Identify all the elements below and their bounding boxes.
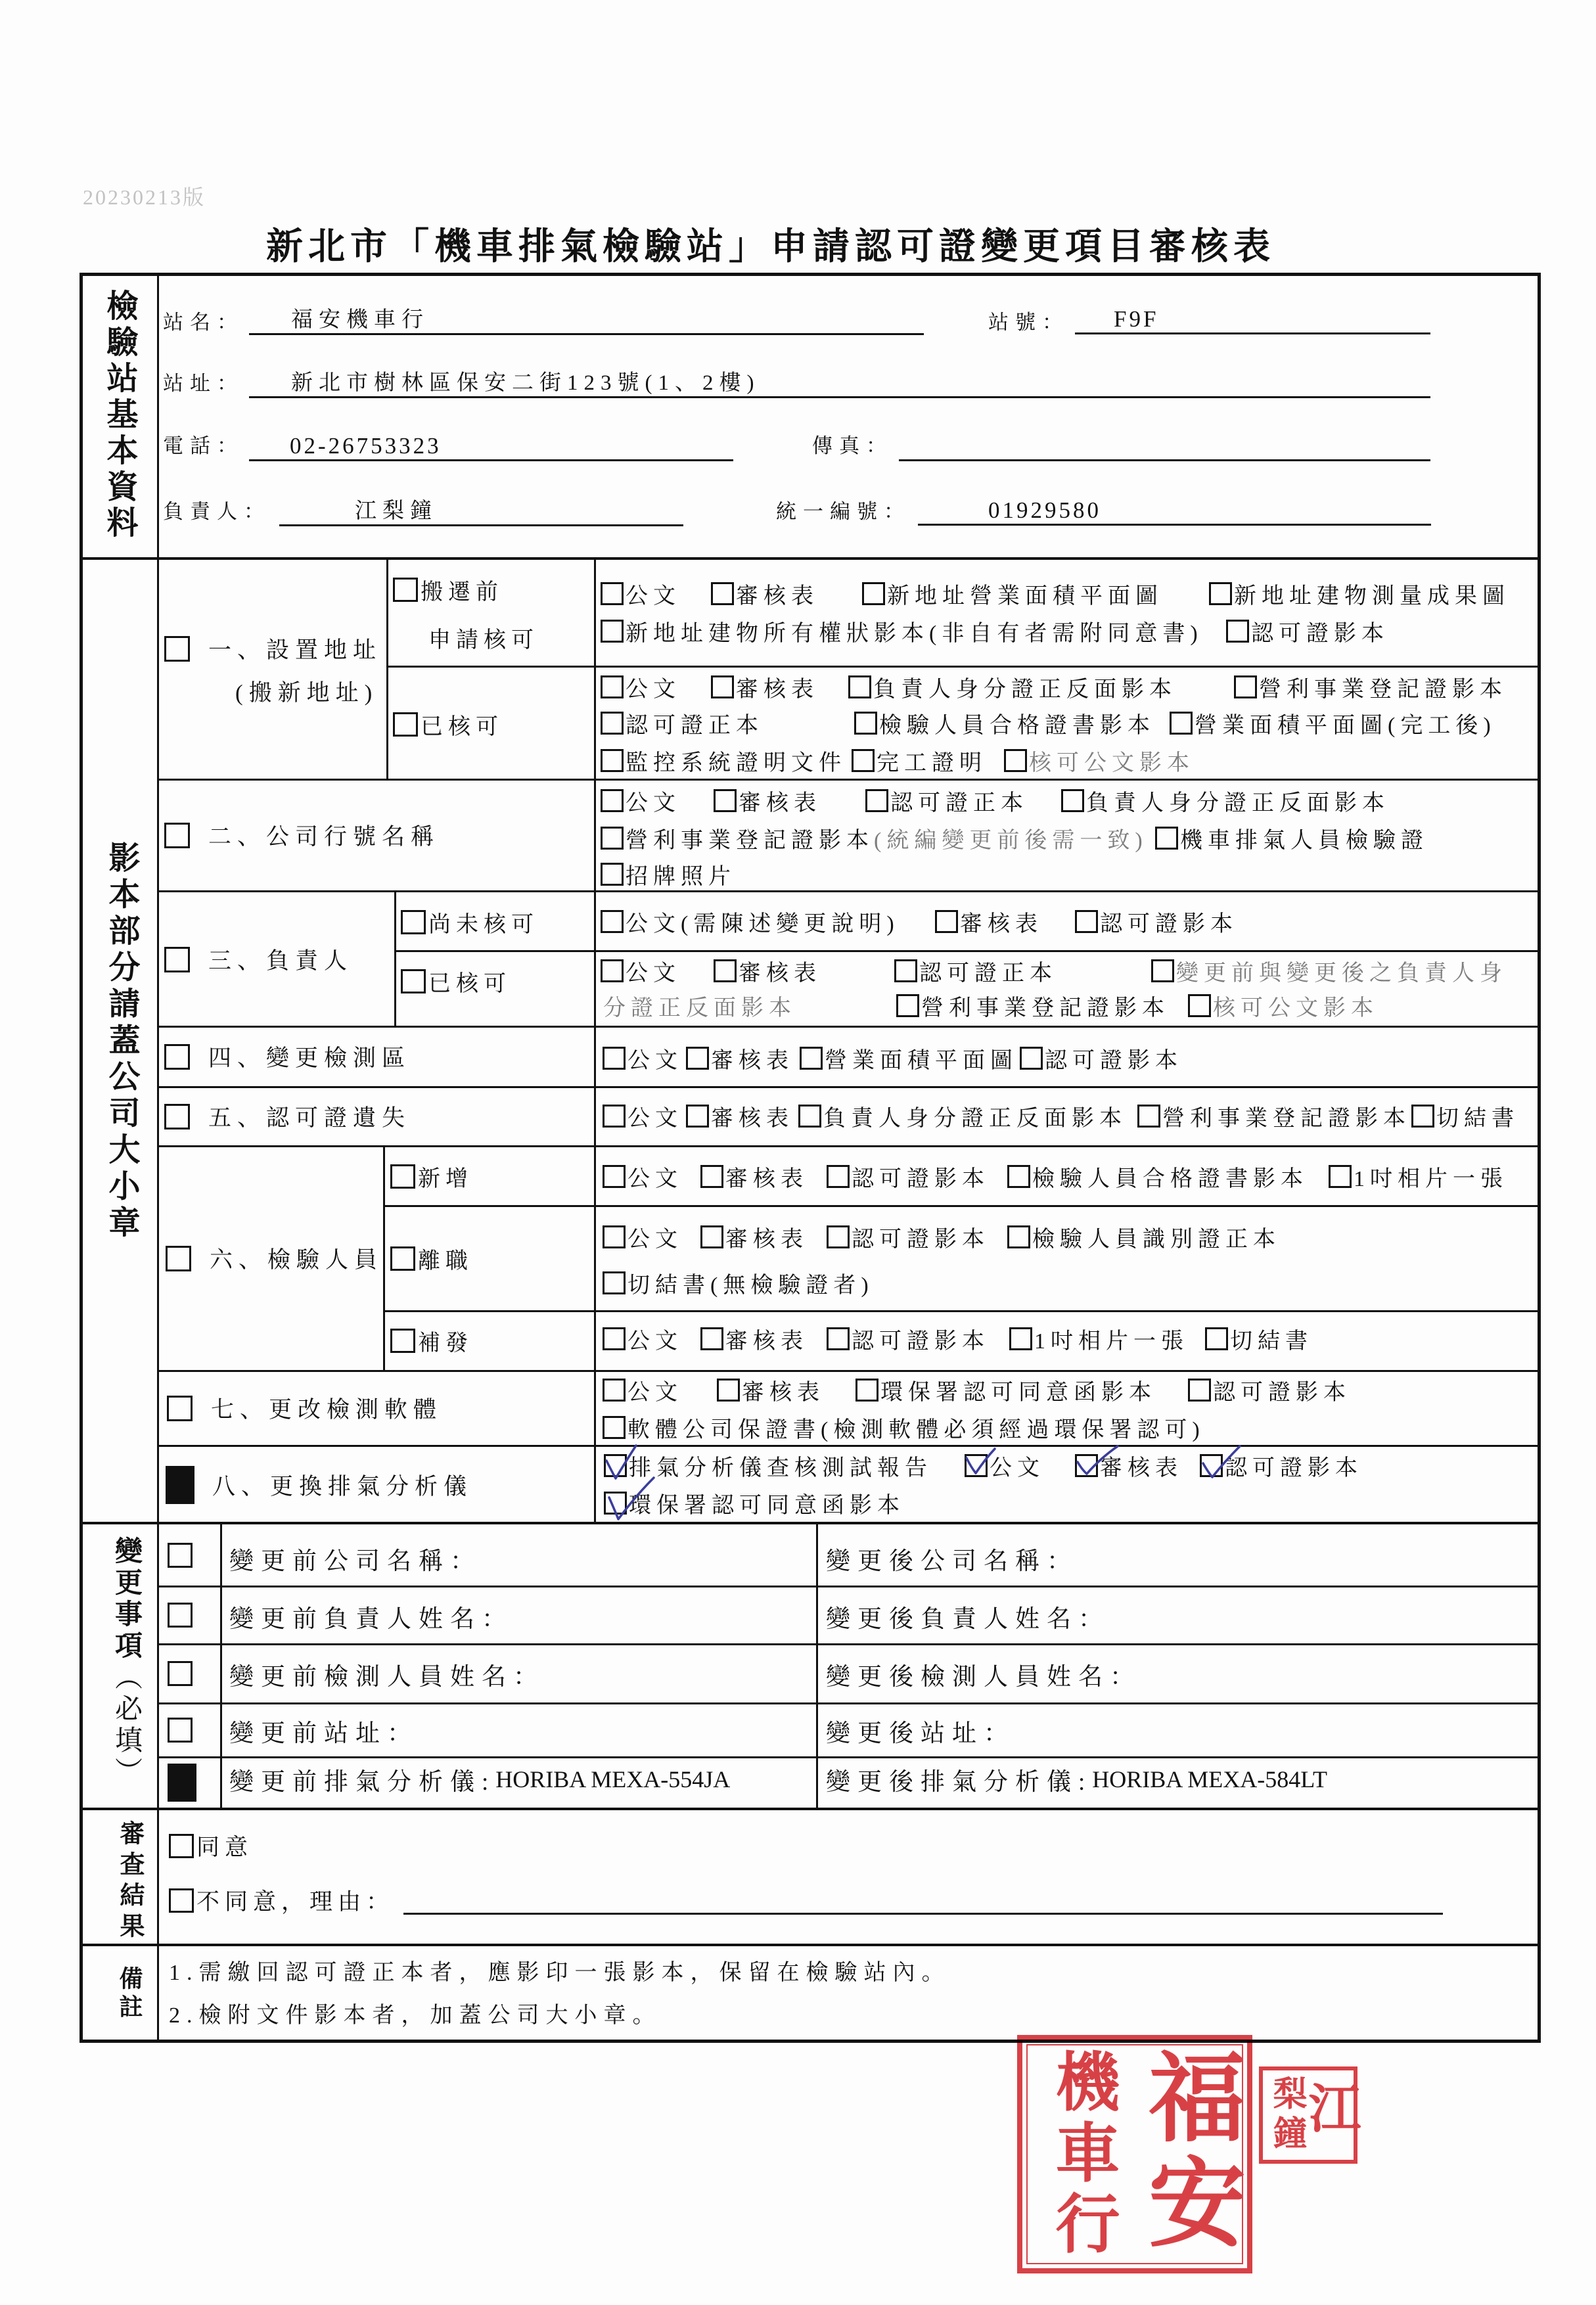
item-label: 認可證影本 — [852, 1160, 990, 1193]
checkbox[interactable] — [1151, 959, 1174, 982]
doc-item[interactable]: 認可證正本 — [894, 957, 1057, 984]
item-label: 負責人身分證正反面影本 — [873, 671, 1177, 703]
checkbox[interactable] — [896, 994, 919, 1017]
doc-item[interactable]: 切結書 — [1411, 1103, 1519, 1129]
change-analyzer-checkbox-checked[interactable] — [168, 1764, 196, 1802]
checkbox[interactable] — [601, 712, 624, 735]
doc-item[interactable]: 公文 — [601, 580, 681, 606]
checkbox[interactable] — [401, 910, 426, 934]
checkbox[interactable] — [1226, 620, 1249, 643]
checkbox[interactable] — [601, 863, 624, 886]
checkbox[interactable] — [686, 1105, 709, 1128]
section-label-changes-note: （必填） — [111, 1662, 141, 1789]
checkbox[interactable] — [601, 675, 624, 698]
checkbox[interactable] — [865, 789, 888, 812]
item-label: 1吋相片一張 — [1034, 1323, 1189, 1355]
before-company-name[interactable]: 變更前公司名稱： — [229, 1545, 482, 1572]
fax-field[interactable] — [899, 433, 1430, 461]
checkbox[interactable] — [166, 1246, 191, 1271]
checkbox[interactable] — [169, 1834, 194, 1858]
item-label: 認可證正本 — [890, 785, 1028, 817]
sub-resign[interactable]: 離職 — [390, 1245, 473, 1271]
checkbox[interactable] — [827, 1165, 850, 1188]
doc-item[interactable]: 認可證影本 — [827, 1163, 990, 1189]
checkbox[interactable] — [1137, 1105, 1160, 1128]
doc-item[interactable]: 核可公文影本 — [1004, 747, 1195, 773]
doc-item[interactable]: 營利事業登記證影本 — [1234, 673, 1507, 700]
option-label: 不同意，理由： — [196, 1884, 394, 1917]
doc-item[interactable]: 變更前與變更後之負責人身 — [1151, 957, 1507, 984]
item-label: 營業面積平面圖 — [825, 1042, 1018, 1074]
doc-item[interactable]: 1吋相片一張 — [1329, 1163, 1508, 1189]
sub-label: 已核可 — [428, 965, 511, 997]
station-code-value: F9F — [1114, 306, 1158, 332]
row-replace-analyzer[interactable]: 八、更換排氣分析儀 — [166, 1465, 472, 1505]
divider — [158, 779, 1541, 781]
after-analyzer[interactable]: 變更後排氣分析儀:HORIBA MEXA-584LT — [826, 1766, 1327, 1792]
doc-item[interactable]: 監控系統證明文件 — [601, 747, 846, 773]
item-label: 審核表 — [736, 671, 819, 703]
phone-field[interactable]: 02-26753323 — [249, 433, 733, 461]
item-label: 審核表 — [711, 1100, 794, 1132]
owner-field[interactable]: 江梨鐘 — [279, 498, 683, 526]
divider — [158, 1145, 1541, 1147]
checkbox[interactable] — [852, 749, 875, 772]
item-label: 審核表 — [725, 1323, 808, 1355]
change-address-checkbox[interactable] — [168, 1718, 193, 1743]
doc-item[interactable]: 營利事業登記證影本(統編變更前後需一致) — [601, 825, 1148, 851]
checkbox[interactable] — [714, 959, 737, 982]
checkbox[interactable] — [1188, 994, 1211, 1017]
item-label: 核可公文影本 — [1213, 990, 1379, 1022]
item-label: 公文 — [627, 1221, 683, 1253]
divider — [220, 1522, 222, 1808]
station-code-field[interactable]: F9F — [1075, 306, 1430, 334]
note-item: 1.需繳回認可證正本者，應影印一張影本，保留在檢驗站內。 — [169, 1960, 951, 1986]
sub-add[interactable]: 新增 — [390, 1163, 473, 1189]
doc-item[interactable]: 招牌照片 — [601, 861, 736, 887]
doc-item[interactable]: 公文 — [603, 1163, 683, 1189]
doc-item[interactable]: 審核表 — [714, 957, 821, 984]
address-label: 站址： — [163, 371, 244, 397]
row-license-lost[interactable]: 五、認可證遺失 — [164, 1097, 411, 1136]
checkbox[interactable] — [1234, 675, 1257, 698]
divider — [158, 1026, 1541, 1028]
page-title: 新北市「機車排氣檢驗站」申請認可證變更項目審核表 — [266, 225, 1275, 269]
checkbox[interactable] — [1329, 1165, 1352, 1188]
field-value: HORIBA MEXA-584LT — [1092, 1766, 1327, 1793]
checkbox[interactable] — [601, 749, 624, 772]
station-name-label: 站名： — [163, 309, 244, 336]
item-label: 審核表 — [736, 578, 819, 610]
address-field[interactable]: 新北市樹林區保安二街123號(1、2樓) — [249, 370, 1430, 398]
doc-item[interactable]: 認可證影本 — [827, 1223, 990, 1250]
company-seal-right-column: 福安 — [1135, 2047, 1241, 2257]
doc-item[interactable]: 審核表 — [935, 908, 1043, 934]
item-label: 切結書 — [1436, 1100, 1519, 1132]
doc-item[interactable]: 檢驗人員識別證正本 — [1007, 1223, 1281, 1250]
row-change-software[interactable]: 七、更改檢測軟體 — [167, 1388, 442, 1428]
row-label: 一、設置地址 — [208, 632, 382, 665]
checkbox[interactable] — [686, 1047, 709, 1070]
item-label: 監控系統證明文件 — [626, 744, 846, 777]
checkbox[interactable] — [798, 1105, 821, 1128]
item-label: 認可證影本 — [1213, 1374, 1351, 1406]
doc-item[interactable]: 新地址建物測量成果圖 — [1209, 580, 1510, 606]
checkbox[interactable] — [164, 1104, 190, 1130]
row-owner[interactable]: 三、負責人 — [164, 940, 353, 979]
checkbox[interactable] — [601, 582, 624, 605]
checkbox[interactable] — [827, 1225, 850, 1248]
checkbox[interactable] — [1209, 582, 1232, 605]
checkbox[interactable] — [603, 1416, 626, 1439]
doc-item[interactable]: 新地址建物所有權狀影本(非自有者需附同意書) — [601, 618, 1203, 644]
phone-value: 02-26753323 — [290, 433, 442, 459]
doc-item[interactable]: 認可證正本 — [601, 710, 764, 736]
section-label-copies: 影本部分請蓋公司大小章 — [101, 841, 141, 1248]
checkbox[interactable] — [601, 789, 624, 812]
checkbox[interactable] — [164, 823, 190, 848]
row-label: 四、變更檢測區 — [208, 1040, 411, 1073]
doc-item[interactable]: 公文 — [601, 787, 681, 813]
checkbox[interactable] — [717, 1379, 740, 1402]
doc-item[interactable]: 1吋相片一張 — [1009, 1325, 1189, 1352]
doc-item[interactable]: 認可證影本 — [1226, 618, 1389, 644]
doc-item[interactable]: 營業面積平面圖 — [800, 1045, 1018, 1071]
doc-item[interactable]: 新地址營業面積平面圖 — [862, 580, 1163, 606]
sub-label: 離職 — [418, 1243, 473, 1275]
item-label: 認可證影本 — [852, 1221, 990, 1253]
checkbox[interactable] — [700, 1225, 723, 1248]
row-change-test-area[interactable]: 四、變更檢測區 — [164, 1037, 411, 1076]
checkbox[interactable] — [1188, 1379, 1211, 1402]
field-label: 變更前站址： — [229, 1713, 419, 1748]
field-label: 變更前排氣分析儀: — [229, 1762, 495, 1797]
item-label: 審核表 — [742, 1374, 825, 1406]
checkbox[interactable] — [390, 1329, 415, 1353]
sub-not-approved[interactable]: 尚未核可 — [401, 909, 539, 935]
checkbox[interactable] — [1020, 1047, 1043, 1070]
doc-item[interactable]: 軟體公司保證書(檢測軟體必須經過環保署認可) — [603, 1414, 1205, 1440]
checkbox[interactable] — [1205, 1327, 1228, 1350]
doc-item[interactable]: 負責人身分證正反面影本 — [1061, 787, 1390, 813]
checkbox[interactable] — [601, 620, 624, 643]
checkbox[interactable] — [603, 1105, 626, 1128]
phone-label: 電話： — [163, 433, 244, 459]
doc-item[interactable]: 認可證影本 — [1188, 1377, 1351, 1403]
sub-approved[interactable]: 已核可 — [393, 711, 503, 737]
doc-item[interactable]: 公文(需陳述變更說明) — [601, 908, 900, 934]
doc-item[interactable]: 負責人身分證正反面影本 — [848, 673, 1177, 700]
sub-label: 已核可 — [421, 708, 503, 741]
checkbox[interactable] — [711, 675, 734, 698]
doc-item[interactable]: 公文 — [603, 1103, 683, 1129]
tax-id-field[interactable]: 01929580 — [918, 497, 1431, 526]
item-label: 機車排氣人員檢驗證 — [1180, 822, 1428, 854]
checkbox[interactable] — [700, 1165, 723, 1188]
doc-item[interactable]: 環保署認可同意函影本 — [855, 1377, 1156, 1403]
checkbox[interactable] — [390, 1164, 415, 1189]
item-label: 公文 — [626, 578, 681, 610]
checkbox[interactable] — [603, 1165, 626, 1188]
checkbox[interactable] — [393, 712, 418, 737]
item-label: 檢驗人員識別證正本 — [1032, 1221, 1281, 1253]
handwritten-checkmark-icon — [595, 1442, 1317, 1528]
checkbox[interactable] — [800, 1047, 823, 1070]
after-address[interactable]: 變更後站址： — [826, 1718, 1015, 1744]
doc-item[interactable]: 審核表 — [700, 1223, 808, 1250]
item-label: 公文 — [626, 955, 681, 987]
doc-item[interactable]: 認可證影本 — [827, 1325, 990, 1352]
after-company-name[interactable]: 變更後公司名稱： — [826, 1545, 1078, 1572]
sub-before-move[interactable]: 搬遷前 — [393, 576, 503, 603]
change-company-name-checkbox[interactable] — [168, 1543, 193, 1568]
item-label: 完工證明 — [877, 744, 987, 777]
doc-item[interactable]: 審核表 — [686, 1045, 794, 1071]
divider — [386, 557, 388, 779]
divider — [158, 1643, 1541, 1645]
item-label: 營業面積平面圖(完工後) — [1195, 707, 1496, 739]
doc-item[interactable]: 完工證明 — [852, 747, 987, 773]
row-set-address[interactable]: 一、設置地址 — [164, 629, 382, 668]
checkbox[interactable] — [401, 969, 426, 993]
divider — [387, 666, 1541, 668]
divider — [395, 950, 1541, 952]
doc-item[interactable]: 負責人身分證正反面影本 — [798, 1103, 1127, 1129]
item-label: 營利事業登記證影本 — [626, 822, 874, 854]
item-label: 認可證影本 — [852, 1323, 990, 1355]
checkbox[interactable] — [601, 827, 624, 850]
divider — [816, 1522, 818, 1808]
checkbox[interactable] — [164, 947, 190, 972]
divider — [157, 273, 159, 2043]
checkbox[interactable] — [603, 1379, 626, 1402]
option-label: 同意 — [196, 1829, 253, 1862]
checkbox[interactable] — [848, 675, 871, 698]
divider — [80, 1808, 1541, 1810]
owner-seal-right-column: 江 — [1306, 2081, 1352, 2134]
doc-item[interactable]: 營利事業登記證影本 — [896, 992, 1170, 1018]
doc-item[interactable]: 審核表 — [700, 1325, 808, 1352]
row-inspectors[interactable]: 六、檢驗人員 — [166, 1239, 383, 1278]
divider — [383, 1145, 385, 1370]
checkbox[interactable] — [603, 1327, 626, 1350]
checkbox[interactable] — [714, 789, 737, 812]
checkbox[interactable] — [1009, 1327, 1032, 1350]
before-analyzer[interactable]: 變更前排氣分析儀:HORIBA MEXA-554JA — [229, 1766, 730, 1792]
sub-approved[interactable]: 已核可 — [401, 968, 511, 994]
checkbox[interactable] — [827, 1327, 850, 1350]
doc-item[interactable]: 認可證影本 — [1020, 1045, 1183, 1071]
checkbox[interactable] — [855, 1379, 878, 1402]
divider — [158, 1756, 1541, 1758]
tax-id-value: 01929580 — [988, 497, 1101, 523]
doc-item[interactable]: 核可公文影本 — [1188, 992, 1379, 1018]
item-label: 檢驗人員合格證書影本 — [1032, 1160, 1308, 1193]
doc-item[interactable]: 公文 — [603, 1045, 683, 1071]
checkbox[interactable] — [1075, 910, 1098, 933]
owner-seal: 江 梨鐘 — [1259, 2066, 1357, 2164]
doc-item[interactable]: 公文 — [601, 957, 681, 984]
section-label-changes: 變更事項（必填） — [106, 1536, 147, 1799]
item-label: 認可證正本 — [919, 955, 1057, 987]
item-label: 切結書(無檢驗證者) — [627, 1267, 874, 1299]
doc-item[interactable]: 審核表 — [700, 1163, 808, 1189]
checkbox[interactable] — [603, 1225, 626, 1248]
checkbox[interactable] — [862, 582, 885, 605]
doc-item[interactable]: 公文 — [601, 673, 681, 700]
doc-item[interactable]: 公文 — [603, 1223, 683, 1250]
item-label: 變更前與變更後之負責人身 — [1176, 955, 1507, 987]
item-label: 軟體公司保證書(檢測軟體必須經過環保署認可) — [627, 1411, 1205, 1444]
doc-item[interactable]: 認可證正本 — [865, 787, 1028, 813]
divider — [158, 890, 1541, 892]
doc-item[interactable]: 切結書(無檢驗證者) — [603, 1269, 874, 1296]
change-inspector-name-checkbox[interactable] — [168, 1661, 193, 1686]
doc-item[interactable]: 審核表 — [711, 673, 819, 700]
field-label: 變更後檢測人員姓名： — [826, 1656, 1141, 1692]
checkbox[interactable] — [700, 1327, 723, 1350]
address-value: 新北市樹林區保安二街123號(1、2樓) — [291, 371, 760, 395]
divider — [158, 1086, 1541, 1088]
doc-item[interactable]: 審核表 — [714, 787, 821, 813]
item-label: 公文 — [626, 785, 681, 817]
fax-label: 傳真： — [812, 433, 893, 459]
item-label: 切結書 — [1230, 1323, 1313, 1355]
before-inspector-name[interactable]: 變更前檢測人員姓名： — [229, 1661, 545, 1687]
checkbox[interactable] — [390, 1246, 415, 1271]
row-label: 三、負責人 — [208, 943, 353, 976]
doc-item[interactable]: 檢驗人員合格證書影本 — [1007, 1163, 1308, 1189]
item-label: 營利事業登記證影本 — [1162, 1100, 1411, 1132]
checkbox[interactable] — [1411, 1105, 1434, 1128]
review-reject-option[interactable]: 不同意，理由： — [169, 1887, 394, 1913]
checkbox[interactable] — [1170, 712, 1193, 735]
item-label: 1吋相片一張 — [1354, 1160, 1508, 1193]
station-name-value: 福安機車行 — [291, 308, 429, 332]
divider — [80, 1944, 1541, 1946]
checkbox[interactable] — [1007, 1225, 1030, 1248]
review-approve-option[interactable]: 同意 — [169, 1833, 253, 1859]
sub-label: 尚未核可 — [428, 906, 539, 938]
item-label: 認可證影本 — [1045, 1042, 1183, 1074]
checkbox[interactable] — [603, 1047, 626, 1070]
doc-item[interactable]: 公文 — [603, 1377, 683, 1403]
doc-item[interactable]: 機車排氣人員檢驗證 — [1155, 825, 1428, 851]
item-label: 新地址建物所有權狀影本(非自有者需附同意書) — [626, 615, 1203, 647]
item-label: 公文 — [627, 1160, 683, 1193]
note-item: 2.檢附文件影本者，加蓋公司大小章。 — [169, 2003, 662, 2029]
company-seal-left-column: 機車行 — [1029, 2048, 1134, 2261]
before-owner-name[interactable]: 變更前負責人姓名： — [229, 1603, 513, 1630]
divider — [594, 557, 596, 1522]
item-label: 審核表 — [725, 1160, 808, 1193]
field-label: 變更前負責人姓名： — [229, 1599, 513, 1634]
doc-item[interactable]: 檢驗人員合格證書影本 — [854, 710, 1155, 736]
item-label: 認可證影本 — [1251, 615, 1389, 647]
item-label: 環保署認可同意函影本 — [880, 1374, 1156, 1406]
item-label: 公文 — [626, 671, 681, 703]
doc-item[interactable]: 審核表 — [686, 1103, 794, 1129]
checkbox[interactable] — [894, 959, 917, 982]
before-address[interactable]: 變更前站址： — [229, 1718, 419, 1744]
checkbox[interactable] — [1061, 789, 1084, 812]
field-label: 變更後負責人姓名： — [826, 1599, 1110, 1634]
checkbox[interactable] — [1007, 1165, 1030, 1188]
section-label-review: 審查結果 — [109, 1820, 150, 1945]
field-label: 變更前公司名稱： — [229, 1541, 482, 1576]
checkbox[interactable] — [711, 582, 734, 605]
item-label: 營利事業登記證影本 — [921, 990, 1170, 1022]
item-label: 公文 — [627, 1323, 683, 1355]
checkbox[interactable] — [1155, 827, 1178, 850]
sub-label: 搬遷前 — [421, 574, 503, 606]
checkbox[interactable] — [1004, 749, 1027, 772]
doc-item[interactable]: 營利事業登記證影本 — [1137, 1103, 1411, 1129]
doc-item[interactable]: 營業面積平面圖(完工後) — [1170, 710, 1496, 736]
item-label: 認可證影本 — [1100, 905, 1238, 938]
checkbox-checked[interactable] — [166, 1466, 194, 1504]
reject-reason-field[interactable] — [403, 1886, 1443, 1915]
doc-item[interactable]: 公文 — [603, 1325, 683, 1352]
doc-item[interactable]: 切結書 — [1205, 1325, 1313, 1352]
item-label: 負責人身分證正反面影本 — [823, 1100, 1127, 1132]
row-label: 五、認可證遺失 — [208, 1100, 411, 1133]
sub-reissue[interactable]: 補發 — [390, 1327, 473, 1354]
field-label: 變更前檢測人員姓名： — [229, 1656, 545, 1692]
row-label: 八、更換排氣分析儀 — [212, 1469, 472, 1501]
checkbox[interactable] — [935, 910, 958, 933]
section-label-notes: 備註 — [109, 1966, 150, 2032]
item-label: 招牌照片 — [626, 858, 736, 890]
item-label: 負責人身分證正反面影本 — [1086, 785, 1390, 817]
checkbox[interactable] — [601, 910, 624, 933]
doc-item[interactable]: 審核表 — [711, 580, 819, 606]
doc-item[interactable]: 認可證影本 — [1075, 908, 1238, 934]
after-inspector-name[interactable]: 變更後檢測人員姓名： — [826, 1661, 1141, 1687]
change-owner-name-checkbox[interactable] — [168, 1603, 193, 1628]
item-label: 審核表 — [739, 785, 821, 817]
checkbox[interactable] — [167, 1396, 193, 1421]
checkbox[interactable] — [603, 1271, 626, 1294]
item-label: 公文 — [627, 1042, 683, 1074]
item-label: 審核表 — [711, 1042, 794, 1074]
station-name-field[interactable]: 福安機車行 — [249, 307, 924, 335]
checkbox[interactable] — [169, 1888, 194, 1913]
item-label: 新地址營業面積平面圖 — [887, 578, 1163, 610]
divider — [80, 557, 1541, 560]
checkbox[interactable] — [601, 959, 624, 982]
checkbox[interactable] — [164, 1044, 190, 1070]
divider — [384, 1310, 1541, 1312]
checkbox[interactable] — [164, 636, 190, 662]
after-owner-name[interactable]: 變更後負責人姓名： — [826, 1603, 1110, 1630]
row-company-name[interactable]: 二、公司行號名稱 — [164, 815, 440, 855]
doc-item[interactable]: 審核表 — [717, 1377, 825, 1403]
item-label: 公文(需陳述變更說明) — [626, 905, 900, 938]
item-label: 檢驗人員合格證書影本 — [879, 707, 1155, 739]
item-label: 公文 — [627, 1374, 683, 1406]
checkbox[interactable] — [393, 578, 418, 602]
owner-seal-left-column: 梨鐘 — [1265, 2076, 1306, 2155]
item-label: 營利事業登記證影本 — [1259, 671, 1507, 703]
sub-label: 新增 — [418, 1160, 473, 1193]
version-label: 20230213版 — [83, 185, 206, 210]
field-label: 變更後排氣分析儀: — [826, 1762, 1092, 1797]
checkbox[interactable] — [854, 712, 877, 735]
field-label: 變更後站址： — [826, 1713, 1015, 1748]
owner-label: 負責人： — [163, 499, 271, 525]
